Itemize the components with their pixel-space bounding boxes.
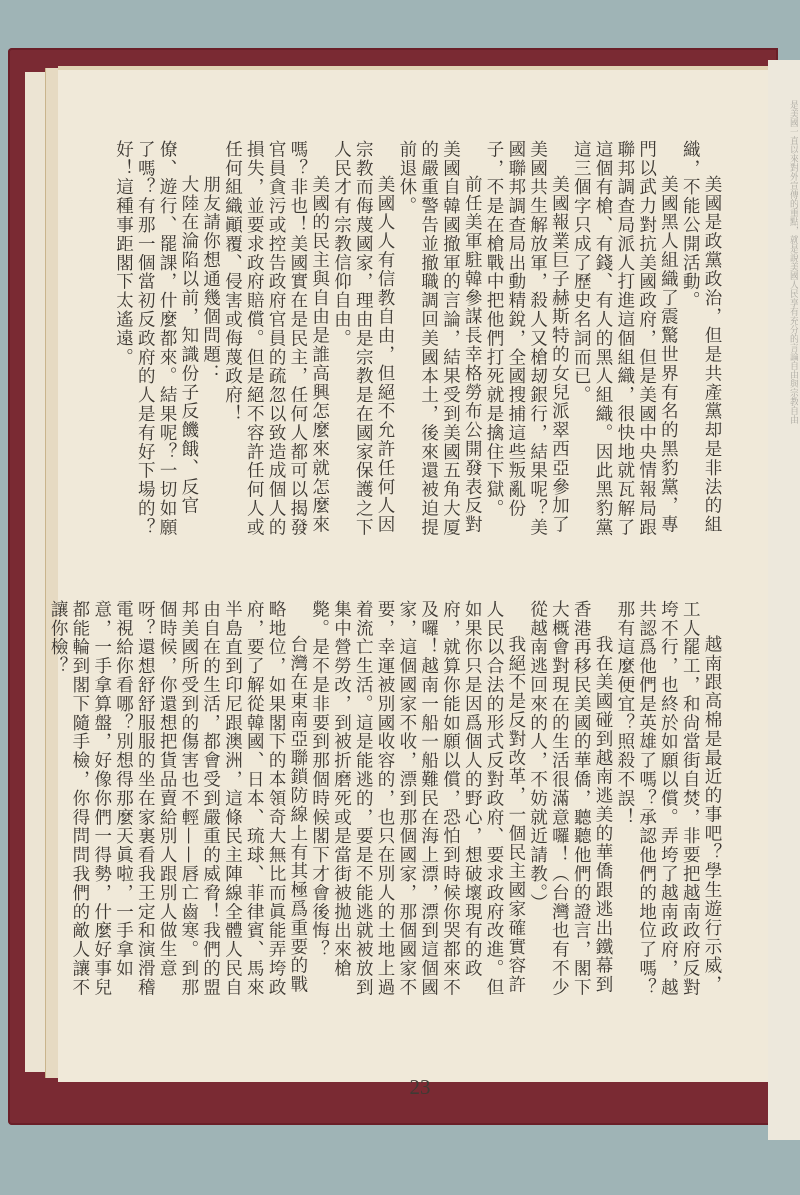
page-number: 23 <box>400 1075 440 1100</box>
paragraph: 美國的民主與自由是誰高興怎麼來就怎麼來嗎？非也！美國實在是民主，任何人都可以揭發… <box>221 140 330 540</box>
bottom-text-section: 越南跟高棉是最近的事吧？學生遊行示威，工人罷工，和尙當街自焚，非要把越南政府反對… <box>122 600 722 1000</box>
paragraph: 朋友請你想通幾個問題： <box>199 140 221 540</box>
paragraph: 美國人人有信教自由，但絕不允許任何人因宗教而侮蔑國家，理由是宗教是在國家保護之下… <box>330 140 395 540</box>
paragraph: 台灣在東南亞聯鎖防線上有其極爲重要的戰略地位，如果閣下的本領奇大無比而眞能弄垮政… <box>46 600 308 1000</box>
paragraph: 美國黑人組織了震驚世界有名的黑豹黨，專門以武力對抗美國政府，但是美國中央情報局跟… <box>569 140 678 540</box>
paragraph: 前任美軍駐韓參謀長幸格勞布公開發表反對美國自韓國撤軍的言論，結果受到美國五角大厦… <box>395 140 482 540</box>
top-text-section: 美國是政黨政治，但是共產黨却是非法的組織，不能公開活動。 美國黑人組織了震驚世界… <box>162 140 722 540</box>
paragraph: 大陸在淪陷以前，知識份子反饑餓、反官僚、遊行、罷課，什麼都來。結果呢？一切如願了… <box>112 140 199 540</box>
next-page-edge: 是美國一直以來對外宣傳的重點，就是說美國人民享有充分的言論自由與宗教自由 <box>768 60 800 1140</box>
paragraph: 美國是政黨政治，但是共產黨却是非法的組織，不能公開活動。 <box>678 140 722 540</box>
paragraph: 美國報業巨子赫斯特的女兒派翠西亞參加了美國共生解放軍，殺人又槍刼銀行，結果呢？美… <box>482 140 569 540</box>
next-page-bleed-text: 是美國一直以來對外宣傳的重點，就是說美國人民享有充分的言論自由與宗教自由 <box>772 100 798 440</box>
paragraph: 我在美國碰到越南逃美的華僑跟逃出鐵幕到香港再移民美國的華僑，聽聽他們的證言，閣下… <box>526 600 613 1000</box>
paragraph: 我絕不是反對改革，一個民主國家確實容許人民以合法的形式反對政府、要求政府改進。但… <box>308 600 526 1000</box>
paragraph: 越南跟高棉是最近的事吧？學生遊行示威，工人罷工，和尙當街自焚，非要把越南政府反對… <box>613 600 722 1000</box>
